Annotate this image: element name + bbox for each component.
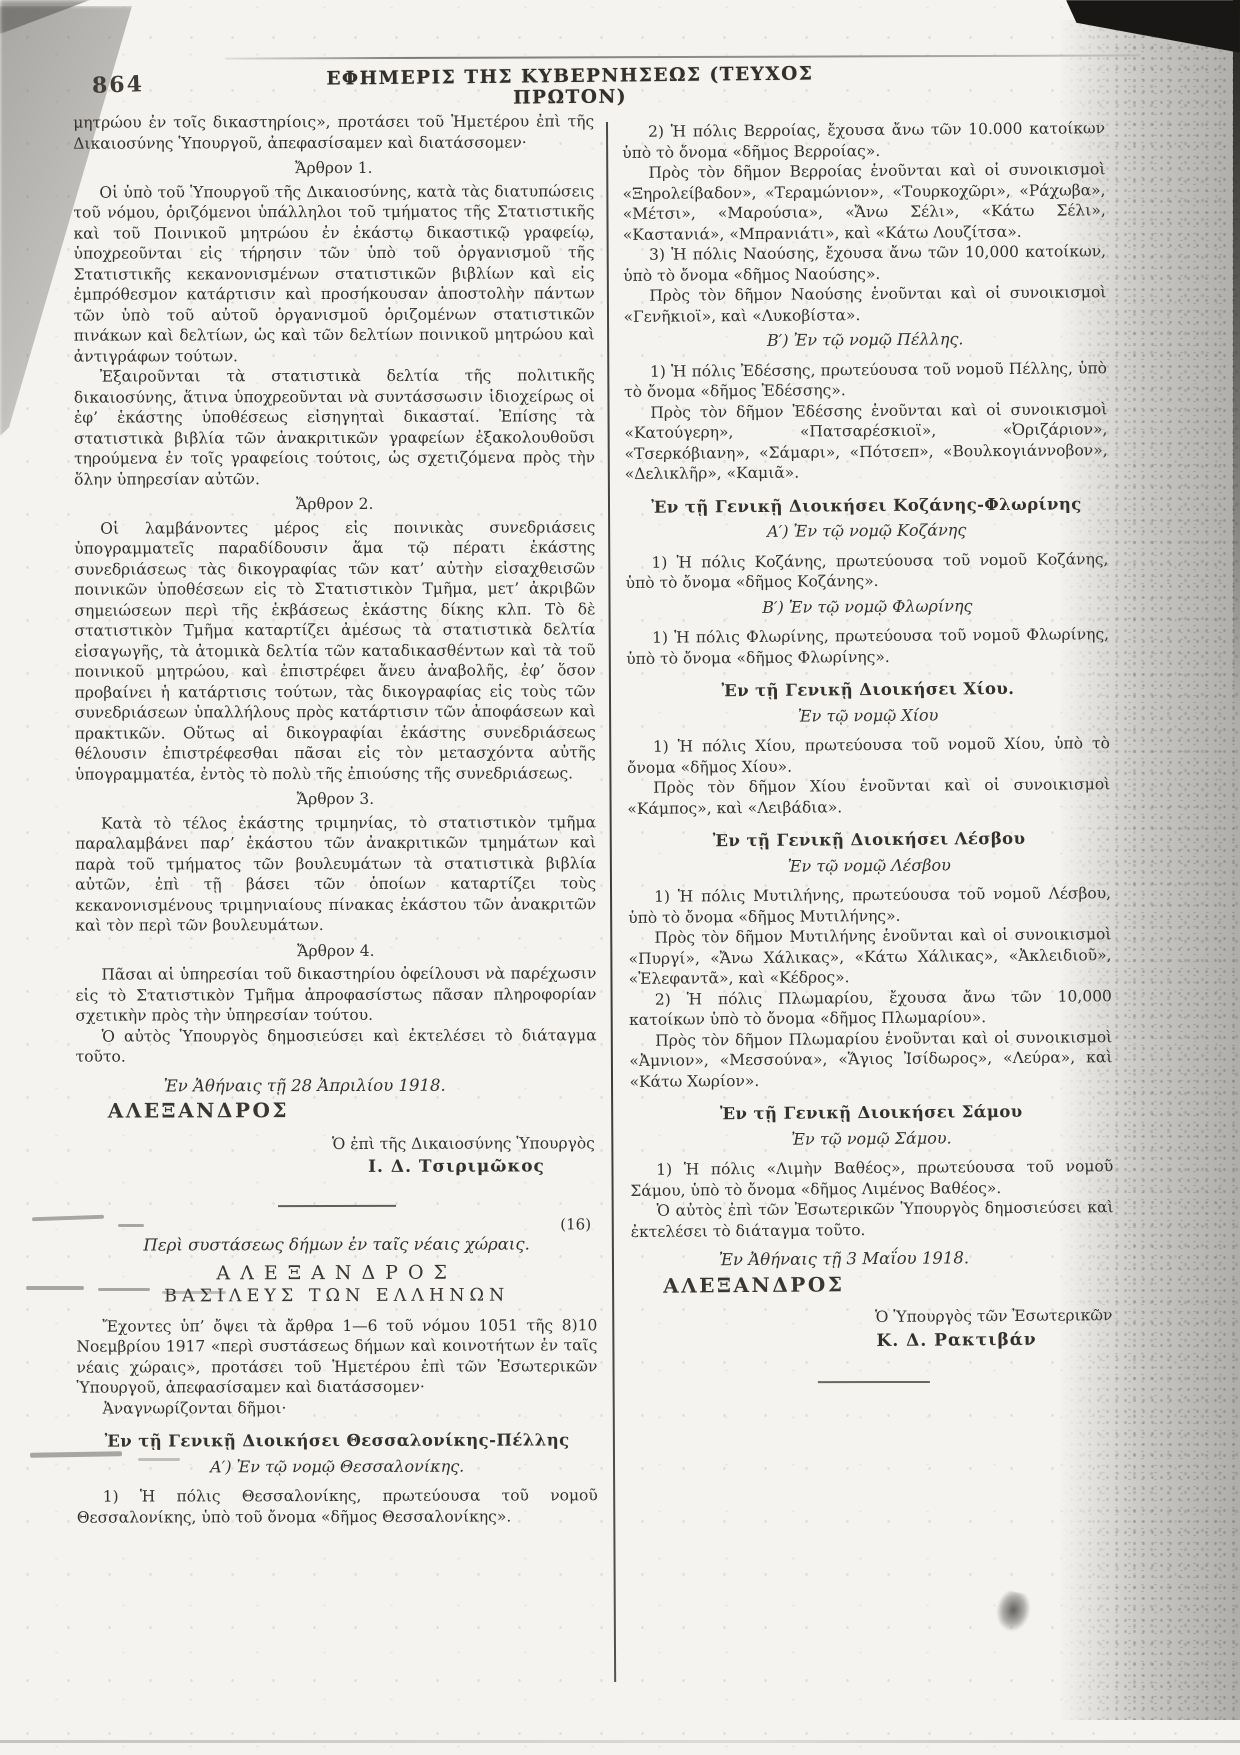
article-heading-4: Ἄρθρον 4. xyxy=(75,940,596,962)
column-divider-rule xyxy=(606,122,616,1682)
left-column: μητρώου ἐν τοῖς δικαστηρίοις», προτάσει … xyxy=(73,111,598,1527)
paragraph: Οἱ ὑπὸ τοῦ Ὑπουργοῦ τῆς Δικαιοσύνης, κατ… xyxy=(73,181,594,367)
subsection-heading-samos: Ἐν τῷ νομῷ Σάμου. xyxy=(630,1127,1113,1151)
paragraph: Πρὸς τὸν δῆμον Πλωμαρίου ἑνοῦνται καὶ οἱ… xyxy=(629,1027,1112,1092)
paragraph: 2) Ἡ πόλις Πλωμαρίου, ἔχουσα ἄνω τῶν 10,… xyxy=(629,986,1112,1031)
paragraph: Κατὰ τὸ τέλος ἑκάστης τριμηνίας, τὸ στατ… xyxy=(75,812,596,936)
paragraph: Ὁ αὐτὸς ἐπὶ τῶν Ἐσωτερικῶν Ὑπουργὸς δημο… xyxy=(630,1197,1113,1242)
paragraph: 1) Ἡ πόλις Κοζάνης, πρωτεύουσα τοῦ νομοῦ… xyxy=(625,549,1108,594)
minister-name: Κ. Δ. Ρακτιβάν xyxy=(632,1329,1037,1353)
ink-blot xyxy=(992,1589,1034,1635)
subsection-heading-pella: Β′) Ἐν τῷ νομῷ Πέλλης. xyxy=(624,328,1107,352)
paragraph: 3) Ἡ πόλις Ναούσης, ἔχουσα ἄνω τῶν 10,00… xyxy=(623,241,1106,286)
paragraph: 1) Ἡ πόλις Φλωρίνης, πρωτεύουσα τοῦ νομο… xyxy=(626,624,1109,669)
minister-title: Ὁ ἐπὶ τῆς Δικαιοσύνης Ὑπουργὸς xyxy=(76,1133,595,1155)
minister-title: Ὁ Ὑπουργὸς τῶν Ἐσωτερικῶν xyxy=(631,1305,1112,1329)
royal-name-heading: ΑΛΕΞΑΝΔΡΟΣ xyxy=(76,1262,597,1284)
royal-signature: ΑΛΕΞΑΝΔΡΟΣ xyxy=(108,1099,597,1121)
paragraph: Οἱ λαμβάνοντες μέρος εἰς ποινικὰς συνεδρ… xyxy=(74,517,596,785)
decree-date-line: Ἐν Ἀθήναις τῇ 28 Ἀπριλίου 1918. xyxy=(164,1075,597,1097)
paragraph: Ὁ αὐτὸς Ὑπουργὸς δημοσιεύσει καὶ ἐκτελέσ… xyxy=(76,1025,597,1067)
paragraph: Πρὸς τὸν δῆμον Ναούσης ἑνοῦνται καὶ οἱ σ… xyxy=(623,282,1106,327)
paragraph: 1) Ἡ πόλις Θεσσαλονίκης, πρωτεύουσα τοῦ … xyxy=(77,1485,598,1527)
paragraph: 1) Ἡ πόλις Μυτιλήνης, πρωτεύουσα τοῦ νομ… xyxy=(628,883,1111,928)
paragraph: Πρὸς τὸν δῆμον Μυτιλήνης ἑνοῦνται καὶ οἱ… xyxy=(628,924,1111,989)
section-heading-samos: Ἐν τῇ Γενικῇ Διοικήσει Σάμου xyxy=(630,1101,1113,1125)
subsection-heading-lesvos: Ἐν τῷ νομῷ Λέσβου xyxy=(628,854,1111,878)
paragraph-continuation: μητρώου ἐν τοῖς δικαστηρίοις», προτάσει … xyxy=(73,111,594,153)
scan-page-top-edge-line xyxy=(225,54,1140,59)
paragraph: Ἔχοντες ὑπ’ ὄψει τὰ ἄρθρα 1—6 τοῦ νόμου … xyxy=(76,1315,597,1398)
decree-reference-number: (16) xyxy=(76,1214,591,1236)
decree-separator-rule xyxy=(278,1204,396,1206)
paragraph: Ἀναγνωρίζονται δῆμοι· xyxy=(77,1397,598,1419)
section-heading-lesvos: Ἐν τῇ Γενικῇ Διοικήσει Λέσβου xyxy=(628,828,1111,852)
paragraph: Πᾶσαι αἱ ὑπηρεσίαι τοῦ δικαστηρίου ὀφείλ… xyxy=(75,963,596,1026)
decree-separator-rule xyxy=(817,1381,929,1383)
section-heading-kozani-florina: Ἐν τῇ Γενικῇ Διοικήσει Κοζάνης-Φλωρίνης xyxy=(625,494,1108,518)
right-column: 2) Ἡ πόλις Βερροίας, ἔχουσα ἄνω τῶν 10.0… xyxy=(622,118,1115,1385)
royal-title-heading: ΒΑΣΙΛΕΥΣ ΤΩΝ ΕΛΛΗΝΩΝ xyxy=(76,1285,597,1307)
paragraph: Πρὸς τὸν δῆμον Χίου ἑνοῦνται καὶ οἱ συνο… xyxy=(627,774,1110,819)
scan-page-edge-right xyxy=(1233,0,1240,720)
paragraph: Πρὸς τὸν δῆμον Βερροίας ἑνοῦνται καὶ οἱ … xyxy=(622,159,1106,245)
gazette-scanned-page: 864 ΕΦΗΜΕΡΙΣ ΤΗΣ ΚΥΒΕΡΝΗΣΕΩΣ (ΤΕΥΧΟΣ ΠΡΩ… xyxy=(0,0,1240,1755)
minister-name: Ι. Δ. Τσιριμῶκος xyxy=(76,1156,545,1178)
paragraph: 2) Ἡ πόλις Βερροίας, ἔχουσα ἄνω τῶν 10.0… xyxy=(622,118,1105,163)
paragraph: 1) Ἡ πόλις Ἐδέσσης, πρωτεύουσα τοῦ νομοῦ… xyxy=(624,358,1107,403)
subsection-heading-florina: Β′) Ἐν τῷ νομῷ Φλωρίνης xyxy=(626,595,1109,619)
article-heading-1: Ἄρθρον 1. xyxy=(73,157,594,179)
article-heading-2: Ἄρθρον 2. xyxy=(74,493,595,515)
gazette-masthead-title: ΕΦΗΜΕΡΙΣ ΤΗΣ ΚΥΒΕΡΝΗΣΕΩΣ (ΤΕΥΧΟΣ ΠΡΩΤΟΝ) xyxy=(290,63,850,111)
decree-date-line: Ἐν Ἀθήναις τῇ 3 Μαΐου 1918. xyxy=(719,1247,1114,1271)
article-heading-3: Ἄρθρον 3. xyxy=(75,788,596,810)
paragraph: Πρὸς τὸν δῆμον Ἐδέσσης ἑνοῦνται καὶ οἱ σ… xyxy=(624,399,1108,485)
page-number: 864 xyxy=(92,71,145,99)
subsection-heading-thessaloniki: Α′) Ἐν τῷ νομῷ Θεσσαλονίκης. xyxy=(77,1456,598,1478)
paragraph: Ἐξαιροῦνται τὰ στατιστικὰ δελτία τῆς πολ… xyxy=(74,365,595,489)
paragraph: 1) Ἡ πόλις «Λιμὴν Βαθέος», πρωτεύουσα το… xyxy=(630,1156,1113,1201)
subsection-heading-chios: Ἐν τῷ νομῷ Χίου xyxy=(627,704,1110,728)
royal-signature: ΑΛΕΞΑΝΔΡΟΣ xyxy=(663,1272,1114,1296)
paragraph: 1) Ἡ πόλις Χίου, πρωτεύουσα τοῦ νομοῦ Χί… xyxy=(627,733,1110,778)
decree-subject-line: Περὶ συστάσεως δήμων ἐν ταῖς νέαις χώραι… xyxy=(76,1234,597,1256)
scan-page-bottom-edge xyxy=(0,1740,1240,1743)
subsection-heading-kozani: Α′) Ἐν τῷ νομῷ Κοζάνης xyxy=(625,519,1108,543)
section-heading-chios: Ἐν τῇ Γενικῇ Διοικήσει Χίου. xyxy=(626,678,1109,702)
section-heading-thessaloniki-pella: Ἐν τῇ Γενικῇ Διοικήσει Θεσσαλονίκης-Πέλλ… xyxy=(77,1430,598,1452)
